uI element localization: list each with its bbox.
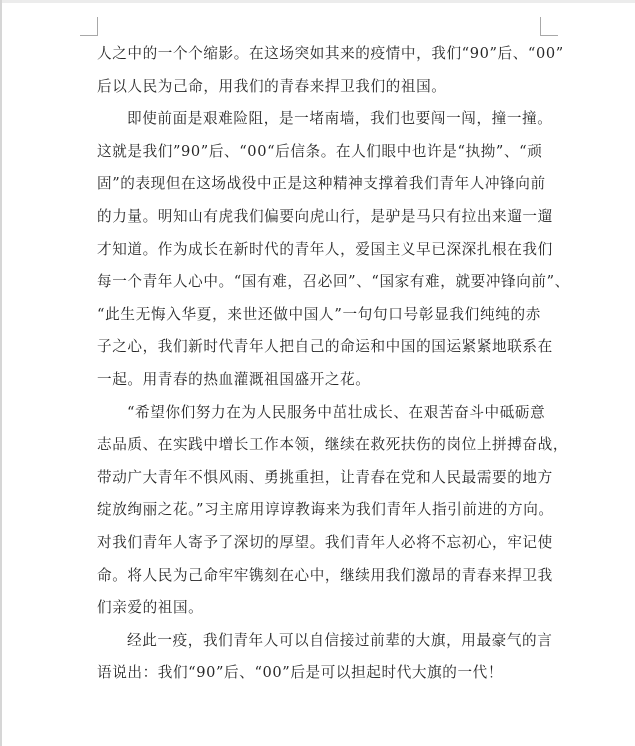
text-line: 对我们青年人寄予了深切的厚望。我们青年人必将不忘初心，牢记使 xyxy=(97,527,541,560)
text-line: 即使前面是艰难险阻，是一堵南墙，我们也要闯一闯，撞一撞。 xyxy=(97,103,541,136)
margin-corner-mark-top-left xyxy=(80,17,98,36)
text-line: 带动广大青年不惧风雨、勇挑重担，让青春在党和人民最需要的地方 xyxy=(97,462,541,495)
text-line: 语说出：我们“90”后、“00”后是可以担起时代大旗的一代！ xyxy=(97,657,541,690)
document-body[interactable]: 人之中的一个个缩影。在这场突如其来的疫情中，我们“90”后、“00” 后以人民为… xyxy=(97,38,541,690)
text-line: 这就是我们”90”后、“00“后信条。在人们眼中也许是“执拗”、“顽 xyxy=(97,136,541,169)
text-line: 人之中的一个个缩影。在这场突如其来的疫情中，我们“90”后、“00” xyxy=(97,38,541,71)
text-line: 志品质、在实践中增长工作本领，继续在救死扶伤的岗位上拼搏奋战， xyxy=(97,429,541,462)
text-line: 每一个青年人心中。“国有难，召必回”、“国家有难，就要冲锋向前”、 xyxy=(97,266,541,299)
text-line: 绽放绚丽之花。”习主席用谆谆教诲来为我们青年人指引前进的方向。 xyxy=(97,494,541,527)
text-line: 子之心，我们新时代青年人把自己的命运和中国的国运紧紧地联系在 xyxy=(97,331,541,364)
text-line: 们亲爱的祖国。 xyxy=(97,592,541,625)
text-line: 固”的表现但在这场战役中正是这种精神支撑着我们青年人冲锋向前 xyxy=(97,168,541,201)
text-line: “此生无悔入华夏，来世还做中国人”一句句口号彰显我们纯纯的赤 xyxy=(97,299,541,332)
text-line: 才知道。作为成长在新时代的青年人，爱国主义早已深深扎根在我们 xyxy=(97,234,541,267)
text-line: 一起。用青春的热血灌溉祖国盛开之花。 xyxy=(97,364,541,397)
text-line: 命。将人民为己命牢牢镌刻在心中，继续用我们激昂的青春来捍卫我 xyxy=(97,560,541,593)
text-line: 经此一疫，我们青年人可以自信接过前辈的大旗，用最豪气的言 xyxy=(97,625,541,658)
text-line: 的力量。明知山有虎我们偏要向虎山行，是驴是马只有拉出来遛一遛 xyxy=(97,201,541,234)
margin-corner-mark-top-right xyxy=(540,17,558,36)
text-line: “希望你们努力在为人民服务中茁壮成长、在艰苦奋斗中砥砺意 xyxy=(97,397,541,430)
text-line: 后以人民为己命，用我们的青春来捍卫我们的祖国。 xyxy=(97,71,541,104)
page-left-edge xyxy=(0,0,2,746)
page-top-band xyxy=(0,0,635,3)
